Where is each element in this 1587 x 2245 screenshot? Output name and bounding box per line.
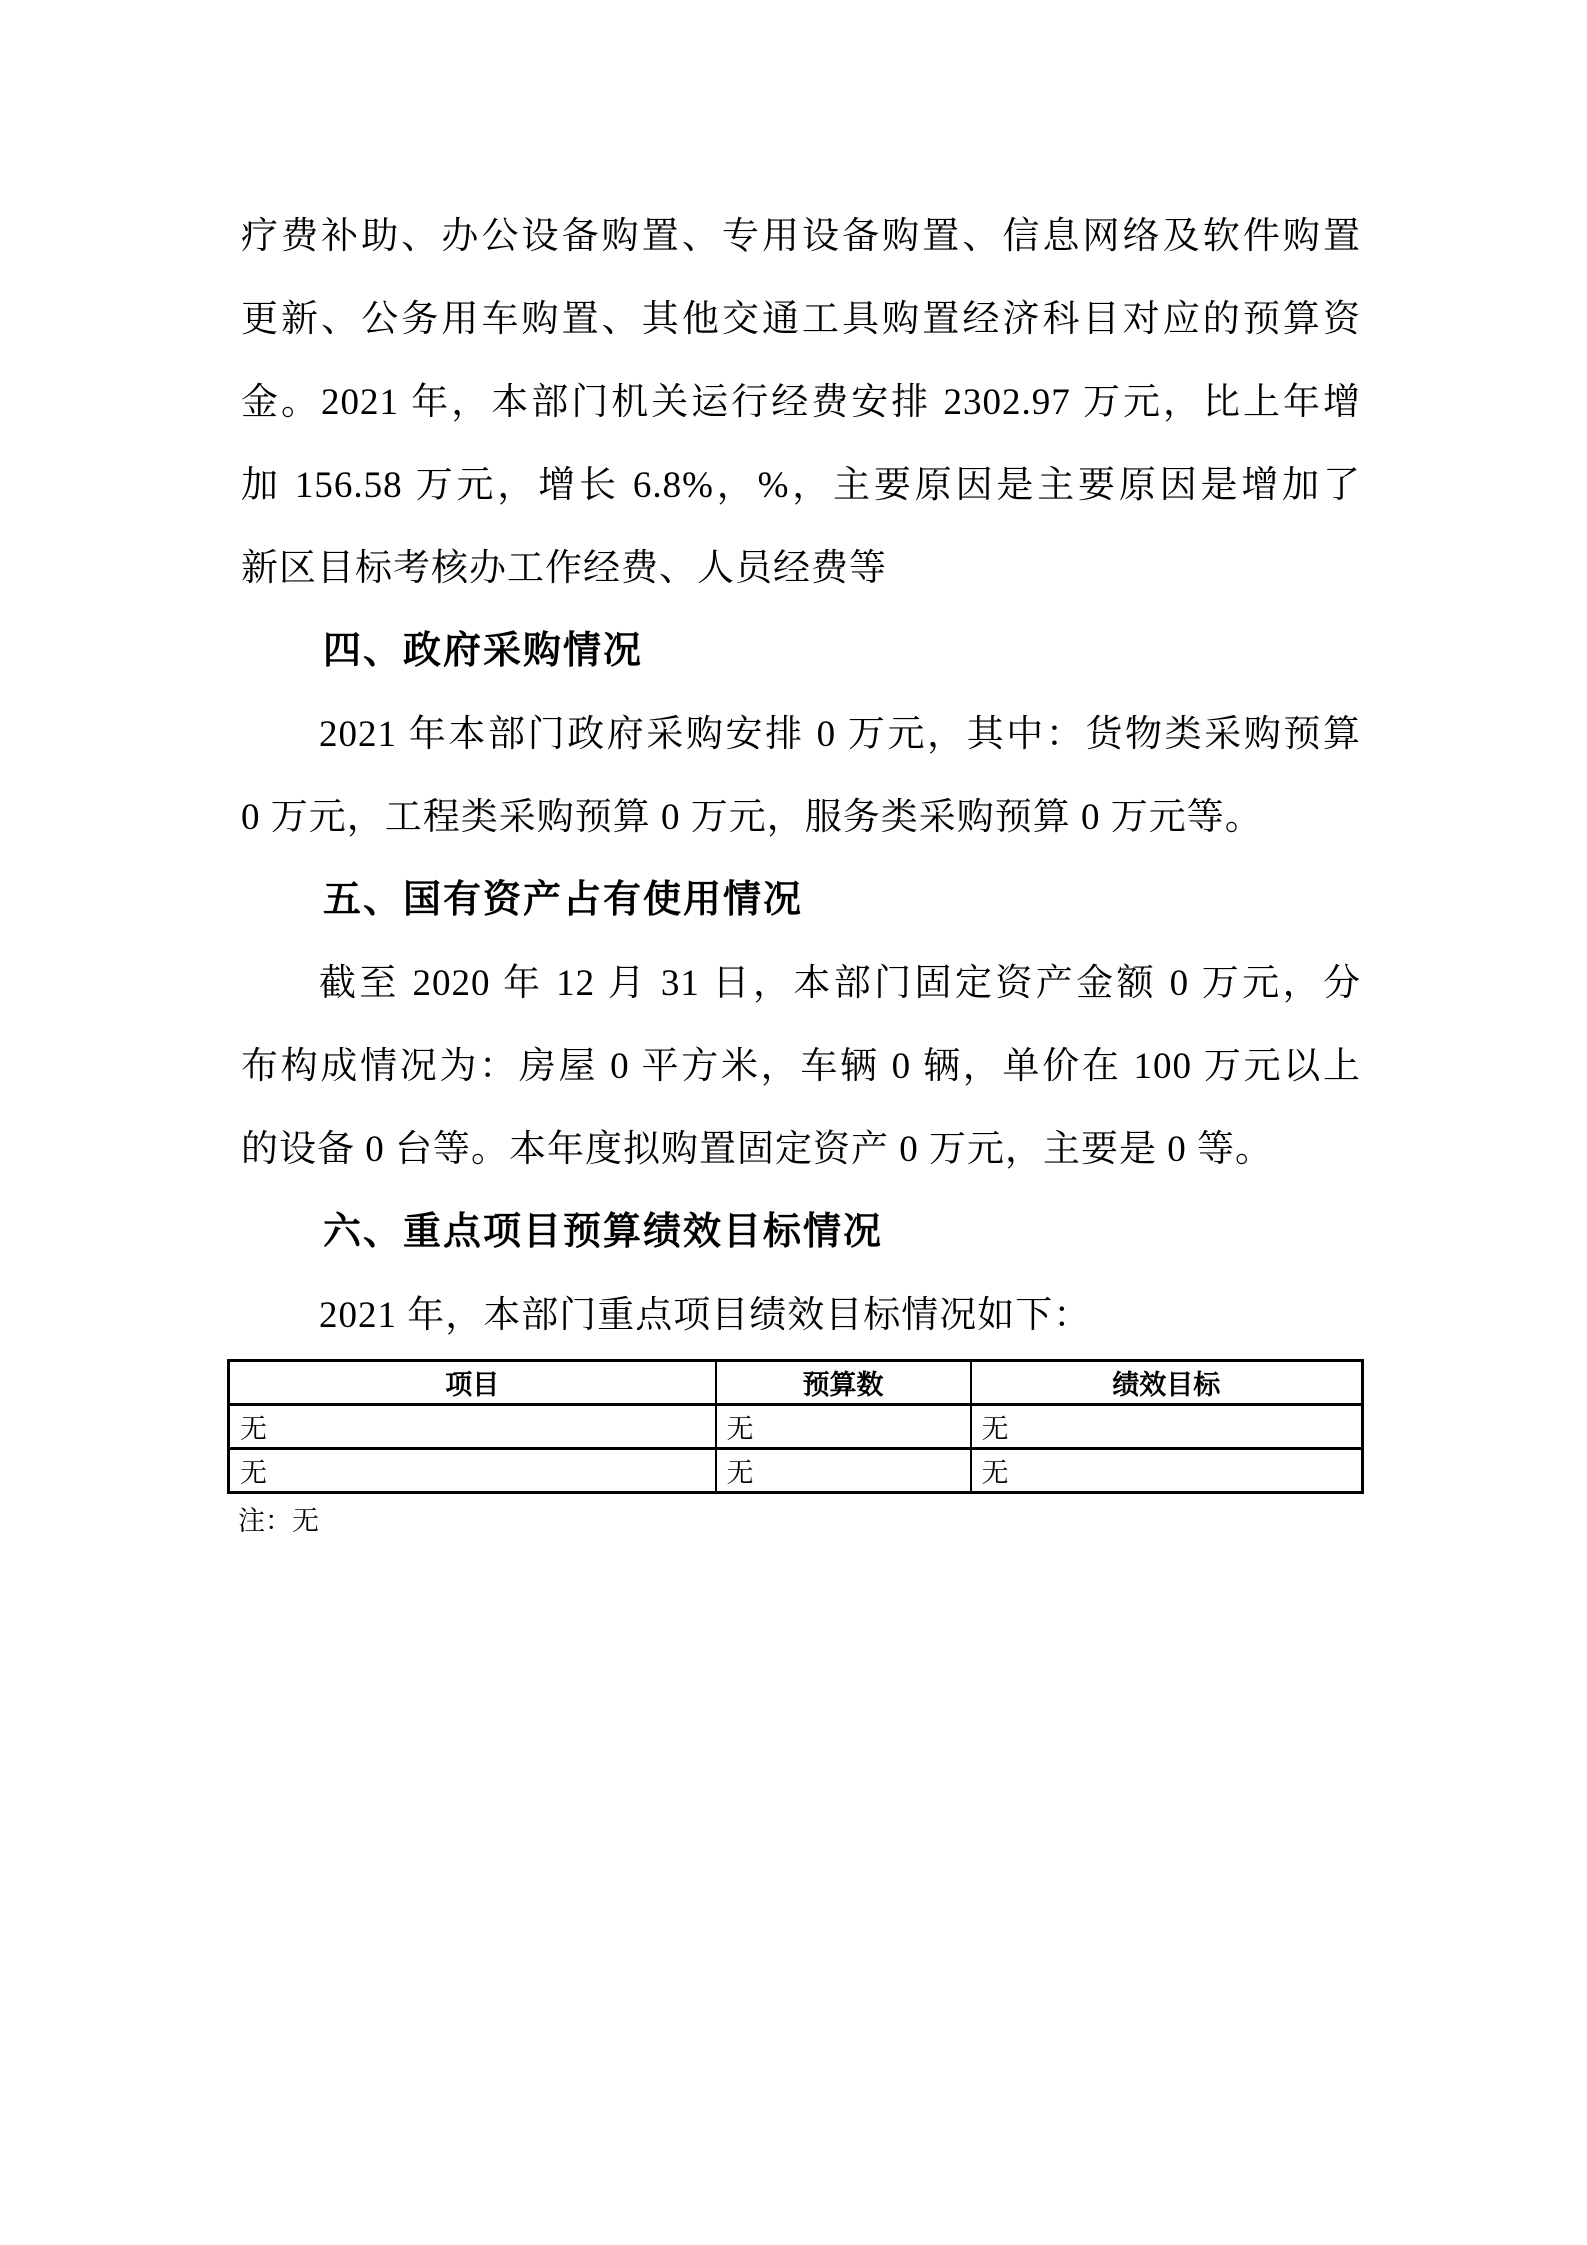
text-line: 布构成情况为：房屋 0 平方米，车辆 0 辆，单价在 100 万元以上 — [241, 1025, 1361, 1108]
table-body: 无无无无无无 — [229, 1405, 1363, 1493]
text-line: 加 156.58 万元，增长 6.8%，%，主要原因是主要原因是增加了 — [241, 444, 1361, 527]
text-line: 更新、公务用车购置、其他交通工具购置经济科目对应的预算资 — [241, 278, 1361, 361]
text-line: 2021 年，本部门重点项目绩效目标情况如下： — [241, 1274, 1361, 1357]
text-line: 疗费补助、办公设备购置、专用设备购置、信息网络及软件购置 — [241, 195, 1361, 278]
table-header-cell: 预算数 — [716, 1361, 971, 1405]
section-heading: 四、政府采购情况 — [241, 610, 1361, 693]
text-line: 新区目标考核办工作经费、人员经费等 — [241, 527, 1361, 610]
table-header-cell: 绩效目标 — [971, 1361, 1363, 1405]
section-heading: 五、国有资产占有使用情况 — [241, 859, 1361, 942]
body-text: 疗费补助、办公设备购置、专用设备购置、信息网络及软件购置更新、公务用车购置、其他… — [241, 195, 1361, 1357]
table-cell: 无 — [971, 1449, 1363, 1493]
table-cell: 无 — [229, 1449, 716, 1493]
table-row: 无无无 — [229, 1405, 1363, 1449]
document-content: 疗费补助、办公设备购置、专用设备购置、信息网络及软件购置更新、公务用车购置、其他… — [241, 195, 1361, 1540]
table-header-cell: 项目 — [229, 1361, 716, 1405]
text-line: 0 万元，工程类采购预算 0 万元，服务类采购预算 0 万元等。 — [241, 776, 1361, 859]
table-note: 注：无 — [238, 1502, 1361, 1540]
text-line: 2021 年本部门政府采购安排 0 万元，其中：货物类采购预算 — [241, 693, 1361, 776]
table-cell: 无 — [971, 1405, 1363, 1449]
table-row: 无无无 — [229, 1449, 1363, 1493]
text-line: 的设备 0 台等。本年度拟购置固定资产 0 万元，主要是 0 等。 — [241, 1108, 1361, 1191]
table-cell: 无 — [716, 1405, 971, 1449]
document-page: 疗费补助、办公设备购置、专用设备购置、信息网络及软件购置更新、公务用车购置、其他… — [0, 0, 1587, 2245]
text-line: 截至 2020 年 12 月 31 日，本部门固定资产金额 0 万元，分 — [241, 942, 1361, 1025]
table-header-row: 项目预算数绩效目标 — [229, 1361, 1363, 1405]
performance-target-table: 项目预算数绩效目标 无无无无无无 — [227, 1359, 1364, 1494]
table-cell: 无 — [716, 1449, 971, 1493]
table-cell: 无 — [229, 1405, 716, 1449]
section-heading: 六、重点项目预算绩效目标情况 — [241, 1191, 1361, 1274]
text-line: 金。2021 年，本部门机关运行经费安排 2302.97 万元，比上年增 — [241, 361, 1361, 444]
